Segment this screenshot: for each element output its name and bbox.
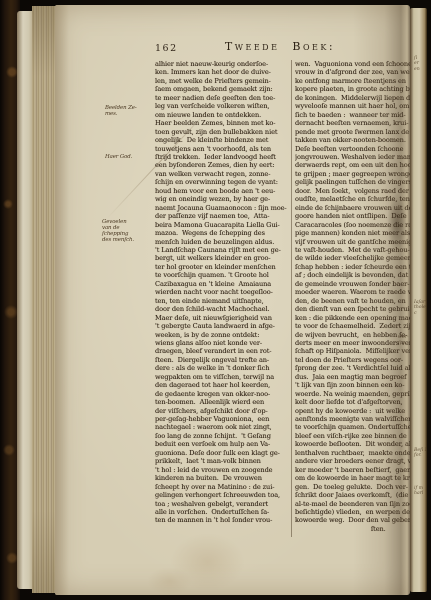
book-photo: { "book": { "page_number": "162", "runni… — [0, 0, 431, 600]
text-column-left: alhier niet naeuw-keurig onderſoe- ken. … — [155, 60, 291, 526]
edge-text-fragment: Iaſarw thole c — [414, 300, 427, 316]
text-column-right: wen. Vaguoniona vond een ſchoone vrouw i… — [295, 60, 410, 536]
edge-text-fragment: if m harl — [414, 486, 423, 497]
edge-text-fragment: ſi er en — [414, 56, 420, 72]
gutter-shadow — [55, 5, 69, 595]
stacked-page-edges — [32, 6, 57, 593]
column-rule — [291, 60, 292, 537]
margin-note-haer-god: Haer God. — [105, 154, 132, 160]
next-page-edge: ſi er en Iaſarw thole c Beſi N for. if m… — [410, 8, 427, 592]
margin-note-beelden-zemes: Beelden Ze- mes. — [105, 105, 137, 117]
running-header: Tweede Boek: — [173, 40, 387, 53]
page-stain-small — [147, 567, 192, 595]
margin-note-gevoelen-schepping: Gevoelen van de ſchepping des menſch. — [102, 219, 134, 243]
book-page: 162 Tweede Boek: Beelden Ze- mes. Haer G… — [55, 5, 410, 595]
edge-text-fragment: Beſi N for. — [414, 448, 427, 459]
